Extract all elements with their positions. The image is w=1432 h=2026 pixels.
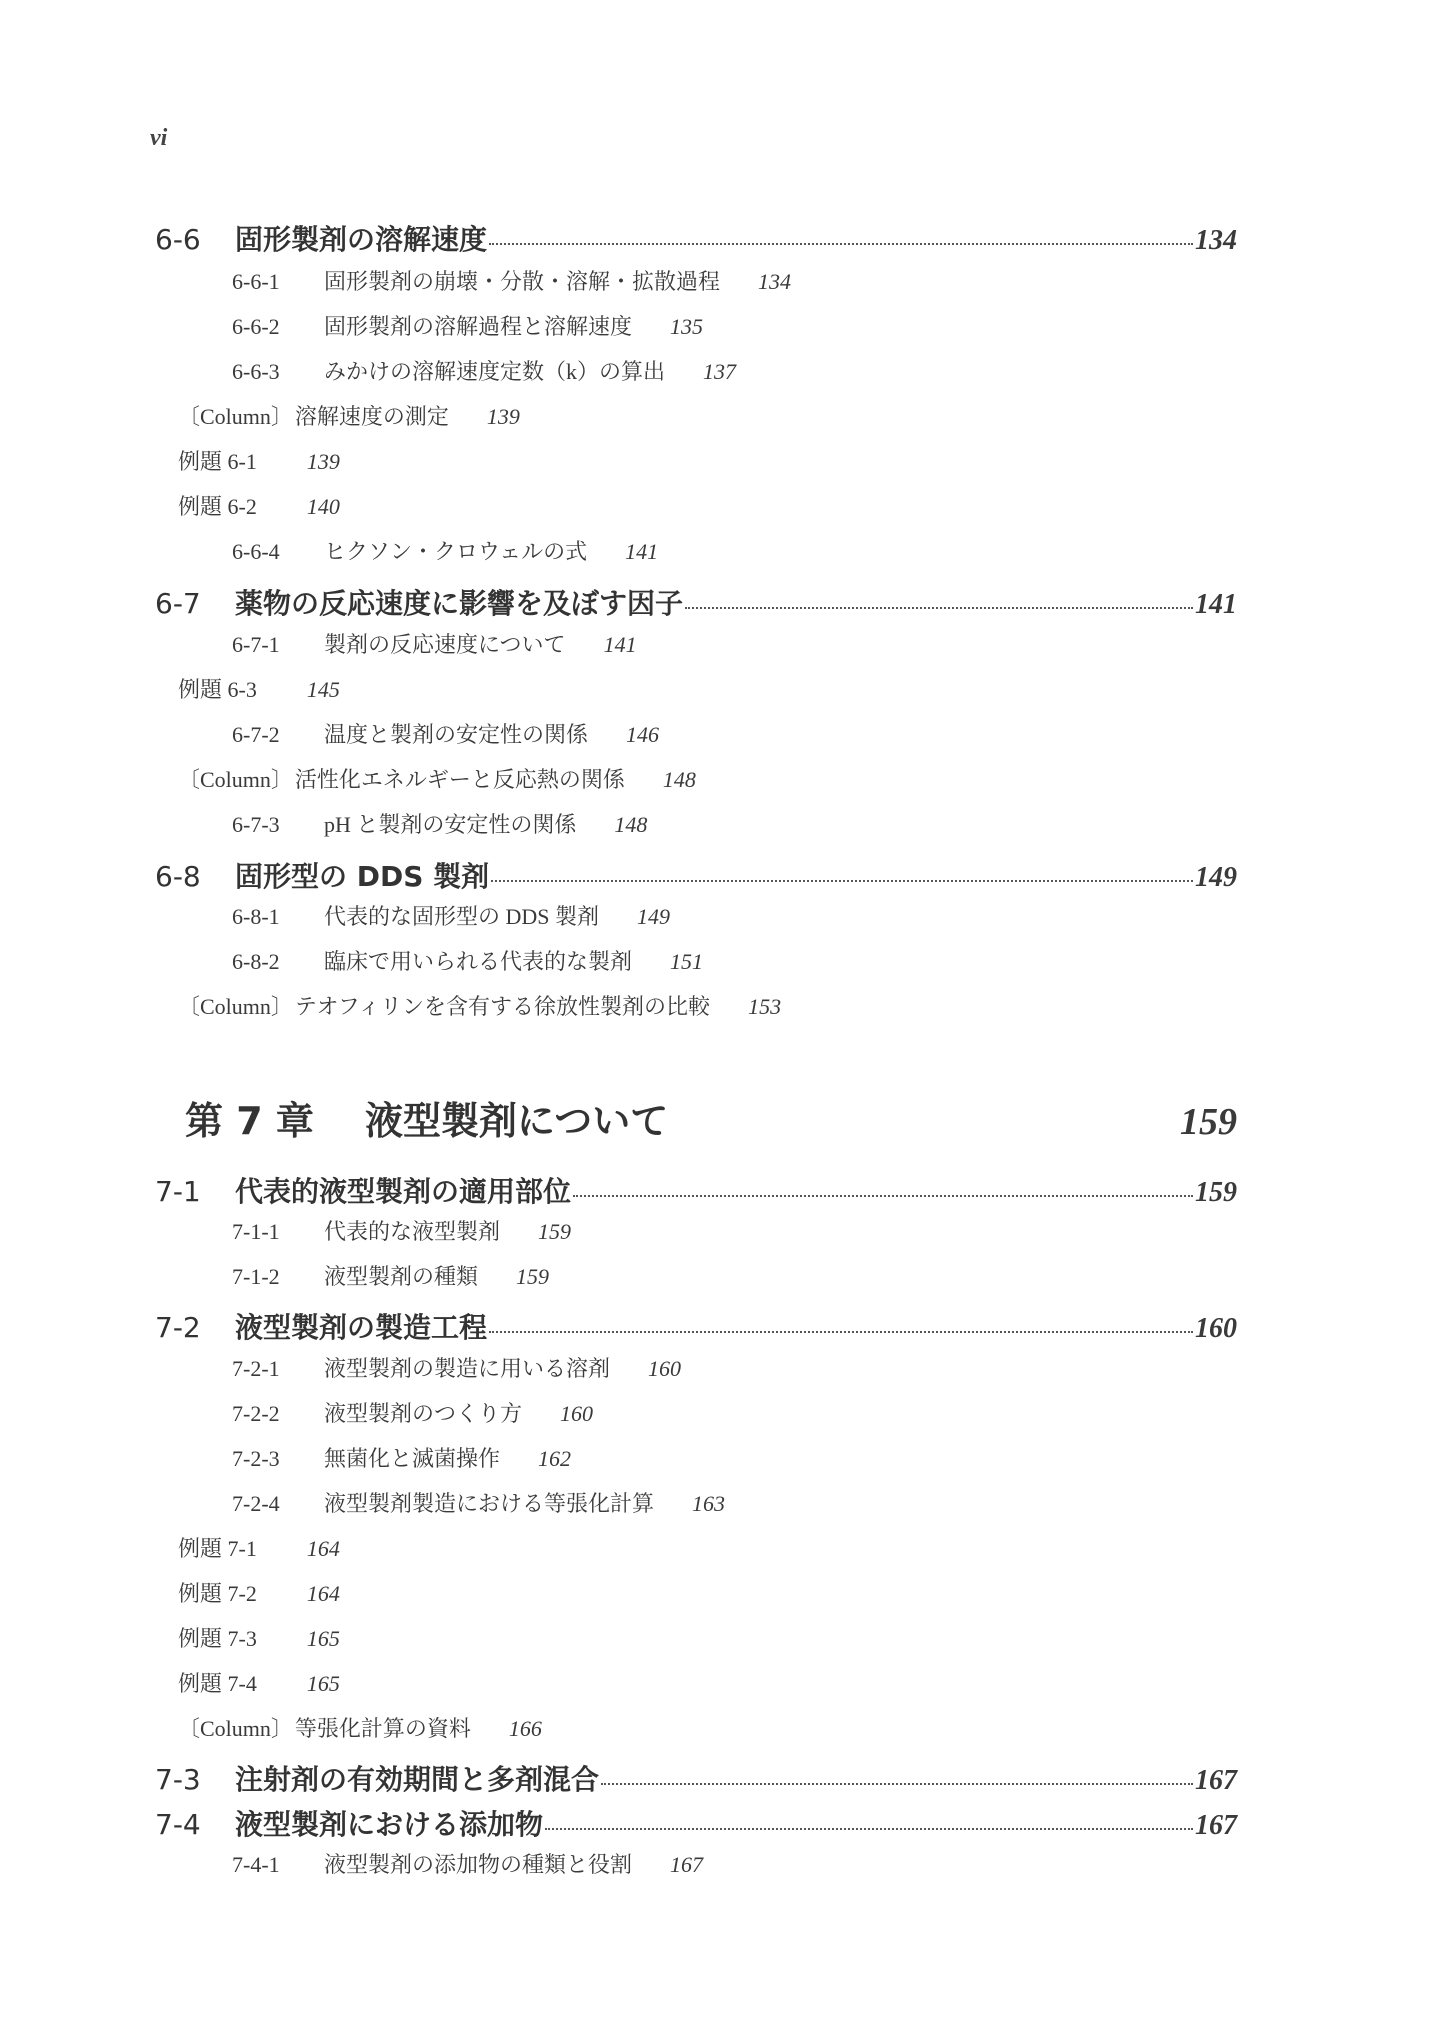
toc-subsection-entry[interactable]: 7-2-1液型製剤の製造に用いる溶剤160 [232,1352,681,1383]
example-label: 例題 7-4 [178,1667,257,1698]
subsection-number: 6-7-2 [232,722,324,748]
subsection-number: 7-1-1 [232,1219,324,1245]
page-ref: 167 [1195,1810,1237,1842]
section-number: 6-6 [155,223,235,256]
example-label: 例題 6-3 [178,673,257,704]
page-ref: 145 [307,677,340,703]
toc-example-entry[interactable]: 例題 7-3165 [178,1622,340,1653]
section-title: 液型製剤における添加物 [235,1803,543,1843]
toc-column-entry[interactable]: 〔Column〕活性化エネルギーと反応熱の関係148 [178,763,696,794]
page-ref: 140 [307,494,340,520]
chapter-number: 第 7 章 [185,1090,365,1145]
example-label: 例題 7-3 [178,1622,257,1653]
subsection-title: 固形製剤の崩壊・分散・溶解・拡散過程 [324,265,720,296]
subsection-title: 液型製剤の添加物の種類と役割 [324,1848,632,1879]
column-label: 〔Column〕 [178,400,293,431]
toc-subsection-entry[interactable]: 6-6-2固形製剤の溶解過程と溶解速度135 [232,310,703,341]
chapter-title: 液型製剤について [365,1090,1180,1145]
toc-subsection-entry[interactable]: 7-1-2液型製剤の種類159 [232,1260,549,1291]
toc-example-entry[interactable]: 例題 7-4165 [178,1667,340,1698]
toc-subsection-entry[interactable]: 7-2-2液型製剤のつくり方160 [232,1397,593,1428]
subsection-title: 固形製剤の溶解過程と溶解速度 [324,310,632,341]
subsection-number: 6-6-2 [232,314,324,340]
page-ref: 164 [307,1581,340,1607]
page-ref: 160 [560,1401,593,1427]
toc-example-entry[interactable]: 例題 6-3145 [178,673,340,704]
page-ref: 139 [307,449,340,475]
column-title: 活性化エネルギーと反応熱の関係 [295,763,625,794]
toc-example-entry[interactable]: 例題 6-2140 [178,490,340,521]
subsection-number: 6-7-3 [232,812,324,838]
toc-section-entry[interactable]: 7-1代表的液型製剤の適用部位159 [155,1170,1237,1210]
page-ref: 164 [307,1536,340,1562]
subsection-title: 製剤の反応速度について [324,628,566,659]
page-ref: 146 [626,722,659,748]
page-ref: 165 [307,1626,340,1652]
page-ref: 167 [1195,1765,1237,1797]
subsection-number: 6-7-1 [232,632,324,658]
page-ref: 141 [604,632,637,658]
page-ref: 153 [748,994,781,1020]
subsection-number: 7-1-2 [232,1264,324,1290]
subsection-title: 液型製剤のつくり方 [324,1397,522,1428]
dot-leader [685,607,1193,609]
page-ref: 165 [307,1671,340,1697]
page-ref: 149 [637,904,670,930]
subsection-title: 無菌化と滅菌操作 [324,1442,500,1473]
subsection-number: 7-2-3 [232,1446,324,1472]
toc-subsection-entry[interactable]: 7-2-3無菌化と滅菌操作162 [232,1442,571,1473]
page-ref: 159 [1195,1177,1237,1209]
subsection-title: みかけの溶解速度定数（k）の算出 [324,355,665,386]
dot-leader [601,1783,1193,1785]
page-ref: 159 [1180,1100,1237,1144]
page-ref: 134 [1195,225,1237,257]
example-label: 例題 7-2 [178,1577,257,1608]
page-ref: 159 [516,1264,549,1290]
column-title: 等張化計算の資料 [295,1712,471,1743]
example-label: 例題 7-1 [178,1532,257,1563]
page-ref: 135 [670,314,703,340]
page-ref: 141 [625,539,658,565]
dot-leader [545,1828,1193,1830]
column-label: 〔Column〕 [178,763,293,794]
toc-subsection-entry[interactable]: 7-1-1代表的な液型製剤159 [232,1215,571,1246]
subsection-title: 液型製剤の製造に用いる溶剤 [324,1352,610,1383]
section-title: 液型製剤の製造工程 [235,1306,487,1346]
column-title: テオフィリンを含有する徐放性製剤の比較 [295,990,710,1021]
toc-section-entry[interactable]: 7-3注射剤の有効期間と多剤混合167 [155,1758,1237,1798]
page-ref: 141 [1195,589,1237,621]
subsection-title: 温度と製剤の安定性の関係 [324,718,588,749]
subsection-title: 液型製剤製造における等張化計算 [324,1487,654,1518]
subsection-number: 6-8-1 [232,904,324,930]
subsection-title: 代表的な固形型の DDS 製剤 [324,900,599,931]
section-number: 6-8 [155,860,235,893]
section-number: 7-3 [155,1763,235,1796]
section-title: 薬物の反応速度に影響を及ぼす因子 [235,582,683,622]
subsection-number: 7-2-1 [232,1356,324,1382]
toc-column-entry[interactable]: 〔Column〕溶解速度の測定139 [178,400,520,431]
subsection-title: 液型製剤の種類 [324,1260,478,1291]
section-number: 7-1 [155,1175,235,1208]
toc-subsection-entry[interactable]: 7-2-4液型製剤製造における等張化計算163 [232,1487,725,1518]
dot-leader [491,880,1193,882]
dot-leader [489,1331,1193,1333]
page-ref: 167 [670,1852,703,1878]
page-ref: 163 [692,1491,725,1517]
section-title: 固形型の DDS 製剤 [235,855,489,895]
example-label: 例題 6-1 [178,445,257,476]
page-ref: 134 [758,269,791,295]
subsection-title: ヒクソン・クロウェルの式 [324,535,587,566]
section-title: 代表的液型製剤の適用部位 [235,1170,571,1210]
subsection-number: 6-8-2 [232,949,324,975]
toc-subsection-entry[interactable]: 6-7-3pH と製剤の安定性の関係148 [232,808,647,839]
column-label: 〔Column〕 [178,1712,293,1743]
column-label: 〔Column〕 [178,990,293,1021]
toc-example-entry[interactable]: 例題 7-2164 [178,1577,340,1608]
page-ref: 162 [538,1446,571,1472]
dot-leader [573,1195,1193,1197]
column-title: 溶解速度の測定 [295,400,449,431]
section-title: 注射剤の有効期間と多剤混合 [235,1758,599,1798]
section-number: 6-7 [155,587,235,620]
subsection-number: 6-6-1 [232,269,324,295]
subsection-number: 6-6-4 [232,539,324,565]
toc-example-entry[interactable]: 例題 7-1164 [178,1532,340,1563]
toc-subsection-entry[interactable]: 7-4-1液型製剤の添加物の種類と役割167 [232,1848,703,1879]
toc-section-entry[interactable]: 6-6固形製剤の溶解速度134 [155,218,1237,258]
toc-subsection-entry[interactable]: 6-6-1固形製剤の崩壊・分散・溶解・拡散過程134 [232,265,791,296]
subsection-title: 臨床で用いられる代表的な製剤 [324,945,632,976]
toc-subsection-entry[interactable]: 6-8-1代表的な固形型の DDS 製剤149 [232,900,670,931]
toc-subsection-entry[interactable]: 6-6-3みかけの溶解速度定数（k）の算出137 [232,355,736,386]
page-ref: 160 [1195,1313,1237,1345]
toc-subsection-entry[interactable]: 6-6-4ヒクソン・クロウェルの式141 [232,535,658,566]
toc-subsection-entry[interactable]: 6-7-1製剤の反応速度について141 [232,628,637,659]
toc-example-entry[interactable]: 例題 6-1139 [178,445,340,476]
toc-subsection-entry[interactable]: 6-7-2温度と製剤の安定性の関係146 [232,718,659,749]
subsection-number: 6-6-3 [232,359,324,385]
page-ref: 148 [614,812,647,838]
toc-subsection-entry[interactable]: 6-8-2臨床で用いられる代表的な製剤151 [232,945,703,976]
toc-section-entry[interactable]: 7-4液型製剤における添加物167 [155,1803,1237,1843]
example-label: 例題 6-2 [178,490,257,521]
toc-chapter-heading[interactable]: 第 7 章液型製剤について159 [185,1090,1237,1145]
toc-section-entry[interactable]: 7-2液型製剤の製造工程160 [155,1306,1237,1346]
toc-column-entry[interactable]: 〔Column〕テオフィリンを含有する徐放性製剤の比較153 [178,990,781,1021]
page-ref: 137 [703,359,736,385]
subsection-number: 7-2-4 [232,1491,324,1517]
section-title: 固形製剤の溶解速度 [235,218,487,258]
subsection-title: pH と製剤の安定性の関係 [324,808,576,839]
page-ref: 151 [670,949,703,975]
toc-section-entry[interactable]: 6-7薬物の反応速度に影響を及ぼす因子141 [155,582,1237,622]
page-ref: 166 [509,1716,542,1742]
section-number: 7-2 [155,1311,235,1344]
page-ref: 149 [1195,862,1237,894]
page-ref: 139 [487,404,520,430]
page-ref: 159 [538,1219,571,1245]
subsection-number: 7-4-1 [232,1852,324,1878]
toc-section-entry[interactable]: 6-8固形型の DDS 製剤149 [155,855,1237,895]
subsection-title: 代表的な液型製剤 [324,1215,500,1246]
toc-column-entry[interactable]: 〔Column〕等張化計算の資料166 [178,1712,542,1743]
dot-leader [489,243,1193,245]
page-number: vi [150,125,167,152]
section-number: 7-4 [155,1808,235,1841]
subsection-number: 7-2-2 [232,1401,324,1427]
page-ref: 160 [648,1356,681,1382]
page-ref: 148 [663,767,696,793]
